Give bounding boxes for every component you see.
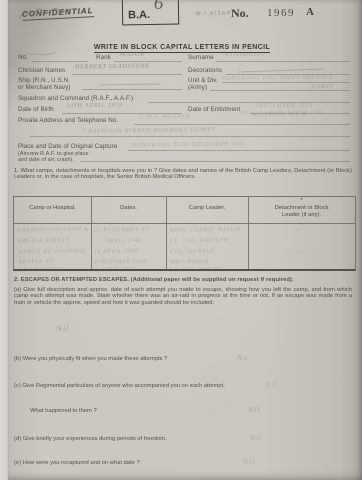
table-vline-2 bbox=[166, 197, 167, 269]
form-title: WRITE IN BLOCK CAPITAL LETTERS IN PENCIL bbox=[14, 36, 350, 54]
rank-field-line bbox=[114, 61, 182, 62]
ship-field-line bbox=[82, 89, 182, 90]
table-vline-3 bbox=[248, 197, 249, 269]
unit-div-line1 bbox=[222, 82, 350, 83]
ba-stamp-box: B.A. 6 bbox=[122, 0, 180, 25]
col-header-dates: Dates. bbox=[93, 205, 164, 211]
unit-div-handwriting-line2: CORPS bbox=[312, 84, 333, 90]
answer-c2-handwriting: Nil bbox=[248, 405, 260, 414]
capture-label: Place and Date of Original Capture bbox=[18, 143, 117, 150]
table-row-dates: 18 APRIL 1942 bbox=[94, 249, 139, 256]
no-field-line bbox=[32, 61, 88, 62]
table-row-leader: COL. DONALD bbox=[170, 249, 215, 256]
table-overflow-camp: SHAMSHUIPO bbox=[20, 267, 63, 274]
christian-names-handwriting: HERBERT GLADSTONE bbox=[75, 63, 150, 70]
table-row-leader: BRIG. CEDRIC WALLIS bbox=[170, 227, 241, 234]
squadron-label: Squadron and Command (R.A.F., A.A.F.) bbox=[18, 95, 133, 102]
table-row-leader: MAJ. BOXER bbox=[170, 259, 209, 266]
col-header-block-line2: Leader (if any). bbox=[250, 212, 353, 218]
table-row-camp: BOWEN RD HOSPITAL bbox=[18, 249, 87, 256]
table-vline-1 bbox=[91, 197, 92, 269]
capture-note-line2: and date of a/c crash). bbox=[18, 157, 74, 163]
table-row-block: — bbox=[296, 249, 302, 255]
enlistment-label: Date of Enlistment bbox=[188, 106, 240, 113]
answer-d-handwriting: Nil bbox=[250, 433, 262, 442]
decorations-label: Decorations bbox=[188, 67, 222, 74]
ship-label-line1: Ship (R.N., U.S.N. bbox=[18, 77, 70, 84]
number-sign: No. bbox=[231, 6, 249, 21]
ship-label-line2: or Merchant Navy) bbox=[18, 84, 71, 91]
table-row-dates: APRIL 1942 bbox=[106, 238, 142, 244]
answer-e-handwriting: Nil bbox=[243, 457, 255, 466]
address-label: Private Address and Telephone No. bbox=[18, 117, 118, 124]
answer-c-handwriting: Nil bbox=[265, 380, 277, 389]
question-c2: What happened to them ? bbox=[30, 408, 230, 414]
table-overflow-block: — bbox=[292, 267, 298, 273]
address-line1 bbox=[134, 124, 350, 125]
ba-box-handwritten-number: 6 bbox=[153, 0, 165, 15]
section1-question: 1. What camps, detachments or hospitals … bbox=[14, 168, 352, 181]
col-header-leader: Camp Leader. bbox=[168, 205, 246, 211]
table-overflow-dates: 2 APRIL 1944 bbox=[95, 267, 136, 274]
christian-names-label: Christian Names bbox=[18, 67, 65, 74]
capture-field-line bbox=[128, 150, 350, 151]
question-a: (a) Give full description and approx. da… bbox=[14, 287, 352, 306]
ba-box-label: B.A. bbox=[128, 9, 150, 21]
address-line2 bbox=[30, 136, 350, 137]
question-c: (c) Give Regimental particulars of anyon… bbox=[14, 383, 334, 389]
table-row-block: — bbox=[296, 227, 302, 233]
answer-b-handwriting: No bbox=[237, 353, 248, 362]
answer-a-handwriting: Nil bbox=[56, 323, 70, 333]
surname-label: Surname bbox=[188, 54, 214, 61]
question-d: (d) Give briefly your experiences during… bbox=[14, 436, 314, 442]
col-header-block-mark: * bbox=[250, 198, 353, 204]
form-number: 1969 bbox=[267, 7, 295, 19]
table-row-dates: 25 DECEMBER TO bbox=[94, 227, 150, 234]
dob-handwriting: 30TH APRIL 1898 bbox=[66, 103, 123, 110]
table-row-leader: LT. COL. SIMPSON bbox=[170, 238, 228, 245]
rank-label: Rank bbox=[96, 54, 111, 61]
col-header-camp: Camp or Hospital. bbox=[16, 205, 89, 211]
address-handwriting-1b: WOONONA N.S.W. bbox=[252, 112, 309, 119]
question-b: (b) Were you physically fit when you mad… bbox=[14, 356, 314, 362]
table-overflow-leader: LT. COL. WHITE bbox=[170, 267, 221, 274]
pencil-initials-squiggle bbox=[16, 2, 86, 24]
capture-extra-line bbox=[80, 161, 350, 162]
christian-names-line bbox=[72, 74, 182, 75]
squadron-field-line bbox=[148, 102, 350, 103]
enlistment-handwriting: SEPTEMBER 1925 bbox=[256, 103, 313, 110]
section2-heading: 2. ESCAPES OR ATTEMPTED ESCAPES. (Additi… bbox=[14, 277, 352, 283]
address-handwriting-1a: C/O J. HOOPER bbox=[140, 114, 190, 121]
surname-handwriting: Williamson bbox=[224, 49, 266, 59]
unit-div-label-line2: (Army) bbox=[188, 84, 207, 91]
pencil-mark-over-no bbox=[20, 47, 60, 61]
table-row-dates: 4 OCTOBER 1943 bbox=[94, 259, 147, 266]
table-row-camp: ARGYLE ST. bbox=[18, 259, 55, 266]
camps-table: Camp or Hospital. Dates. Camp Leader. * … bbox=[13, 196, 356, 271]
rank-handwriting: MAJOR bbox=[120, 51, 145, 58]
table-row-camp: ARGYLE STREET bbox=[18, 238, 70, 245]
scanned-pow-questionnaire: CONFIDENTIAL B.A. 6 M.I.9/JAP No. 1969 A… bbox=[0, 0, 362, 480]
dob-label: Date of Birth bbox=[18, 106, 54, 113]
surname-field-line bbox=[216, 61, 350, 62]
form-number-suffix: A bbox=[306, 6, 314, 18]
unit-div-line2 bbox=[210, 90, 350, 91]
col-header-block-line1: Detachment or Block bbox=[250, 205, 353, 211]
mi9-jap-stamp: M.I.9/JAP bbox=[196, 11, 232, 18]
unit-div-label-line1: Unit & Div. bbox=[188, 77, 218, 84]
table-header-line bbox=[14, 223, 355, 224]
table-row-camp: SHAMSHUIPO CAMP & bbox=[18, 227, 89, 234]
question-e: (e) How were you recaptured and on what … bbox=[14, 460, 314, 466]
